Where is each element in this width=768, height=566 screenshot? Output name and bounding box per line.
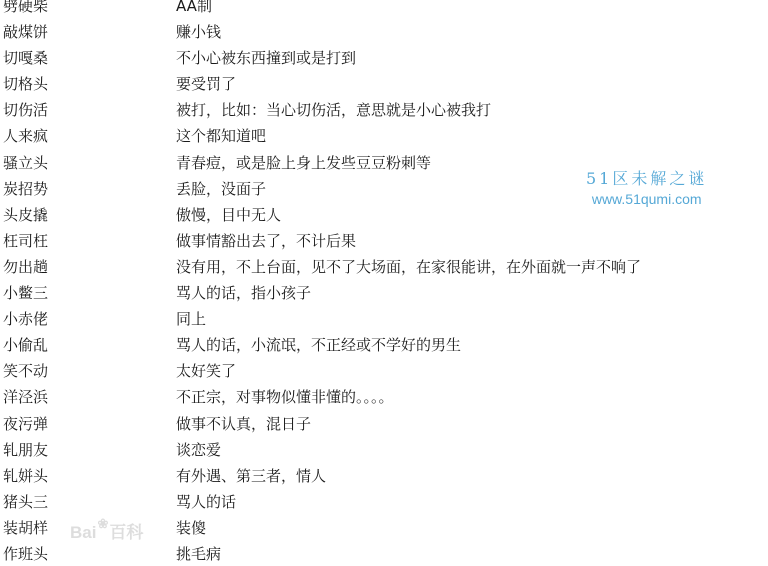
meaning-cell: 有外遇、第三者，情人 — [176, 463, 326, 489]
term-cell: 小偷乱 — [3, 332, 48, 358]
meaning-cell: 青春痘，或是脸上身上发些豆豆粉刺等 — [176, 150, 431, 176]
meaning-cell: 谈恋爱 — [176, 437, 221, 463]
meaning-cell: 做事情豁出去了，不计后果 — [176, 228, 356, 254]
term-cell: 洋泾浜 — [3, 384, 48, 410]
term-cell: 骚立头 — [3, 150, 48, 176]
site-watermark: 51区未解之谜 www.51qumi.com — [586, 168, 707, 208]
site-watermark-title: 51区未解之谜 — [586, 168, 707, 190]
term-cell: 切格头 — [3, 71, 48, 97]
meaning-cell: 挑毛病 — [176, 541, 221, 566]
meaning-cell: 被打，比如：当心切伤活，意思就是小心被我打 — [176, 97, 491, 123]
baidu-watermark-baike: 百科 — [109, 523, 143, 542]
glossary-row: 敲煤饼 赚小钱 — [0, 19, 768, 45]
glossary-row: 夜污弹 做事不认真，混日子 — [0, 411, 768, 437]
glossary-row: 切嘎桑 不小心被东西撞到或是打到 — [0, 45, 768, 71]
site-watermark-url: www.51qumi.com — [586, 190, 707, 208]
meaning-cell: 要受罚了 — [176, 71, 236, 97]
meaning-cell: 骂人的话 — [176, 489, 236, 515]
term-cell: 小赤佬 — [3, 306, 48, 332]
meaning-cell: 装傻 — [176, 515, 206, 541]
meaning-cell: 赚小钱 — [176, 19, 221, 45]
term-cell: 夜污弹 — [3, 411, 48, 437]
glossary-row: 轧姘头 有外遇、第三者，情人 — [0, 463, 768, 489]
glossary-row: 洋泾浜 不正宗，对事物似懂非懂的。。。。 — [0, 384, 768, 410]
meaning-cell: 同上 — [176, 306, 206, 332]
term-cell: 人来疯 — [3, 123, 48, 149]
glossary-row: 轧朋友 谈恋爱 — [0, 437, 768, 463]
glossary-row: 作班头 挑毛病 — [0, 541, 768, 566]
term-cell: 枉司枉 — [3, 228, 48, 254]
term-cell: 轧姘头 — [3, 463, 48, 489]
term-cell: 猪头三 — [3, 489, 48, 515]
meaning-cell: 不正宗，对事物似懂非懂的。。。。 — [176, 384, 394, 410]
glossary-row: 小偷乱 骂人的话，小流氓，不正经或不学好的男生 — [0, 332, 768, 358]
term-cell: 作班头 — [3, 541, 48, 566]
baidu-watermark-text: Bai — [70, 523, 96, 542]
meaning-cell: AA制 — [176, 0, 212, 19]
meaning-cell: 没有用，不上台面，见不了大场面，在家很能讲，在外面就一声不响了 — [176, 254, 641, 280]
glossary-row: 切格头 要受罚了 — [0, 71, 768, 97]
meaning-cell: 骂人的话，小流氓，不正经或不学好的男生 — [176, 332, 461, 358]
baidu-paw-icon: ❀ — [97, 516, 108, 531]
term-cell: 笑不动 — [3, 358, 48, 384]
glossary-row: 猪头三 骂人的话 — [0, 489, 768, 515]
baidu-watermark: Bai❀百科 — [70, 518, 143, 543]
glossary-row: 劈硬柴 AA制 — [0, 0, 768, 19]
meaning-cell: 丢脸，没面子 — [176, 176, 266, 202]
glossary-row: 笑不动 太好笑了 — [0, 358, 768, 384]
meaning-cell: 这个都知道吧 — [176, 123, 266, 149]
term-cell: 轧朋友 — [3, 437, 48, 463]
term-cell: 劈硬柴 — [3, 0, 48, 19]
term-cell: 切伤活 — [3, 97, 48, 123]
term-cell: 装胡样 — [3, 515, 48, 541]
term-cell: 切嘎桑 — [3, 45, 48, 71]
term-cell: 头皮撬 — [3, 202, 48, 228]
glossary-row: 小鳖三 骂人的话，指小孩子 — [0, 280, 768, 306]
term-cell: 小鳖三 — [3, 280, 48, 306]
term-cell: 敲煤饼 — [3, 19, 48, 45]
meaning-cell: 骂人的话，指小孩子 — [176, 280, 311, 306]
meaning-cell: 太好笑了 — [176, 358, 236, 384]
glossary-row: 人来疯 这个都知道吧 — [0, 123, 768, 149]
term-cell: 勿出趟 — [3, 254, 48, 280]
glossary-row: 小赤佬 同上 — [0, 306, 768, 332]
meaning-cell: 傲慢，目中无人 — [176, 202, 281, 228]
glossary-row: 切伤活 被打，比如：当心切伤活，意思就是小心被我打 — [0, 97, 768, 123]
glossary-row: 枉司枉 做事情豁出去了，不计后果 — [0, 228, 768, 254]
term-cell: 炭招势 — [3, 176, 48, 202]
glossary-row: 勿出趟 没有用，不上台面，见不了大场面，在家很能讲，在外面就一声不响了 — [0, 254, 768, 280]
meaning-cell: 做事不认真，混日子 — [176, 411, 311, 437]
dialect-glossary-table: 劈硬柴 AA制 敲煤饼 赚小钱 切嘎桑 不小心被东西撞到或是打到 切格头 要受罚… — [0, 0, 768, 566]
meaning-cell: 不小心被东西撞到或是打到 — [176, 45, 356, 71]
